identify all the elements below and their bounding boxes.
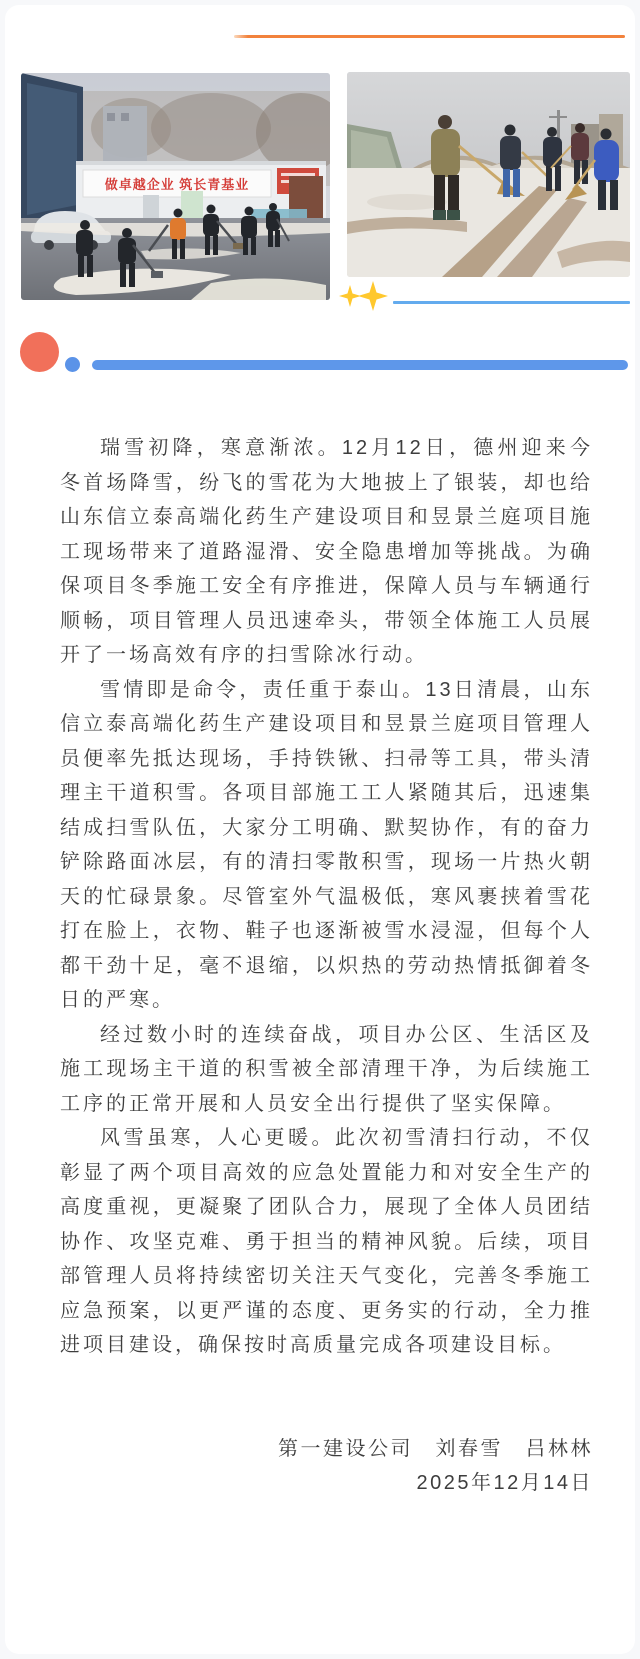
paragraph-4: 风雪虽寒，人心更暖。此次初雪清扫行动，不仅彰显了两个项目高效的应急处置能力和对安… [60, 1121, 593, 1363]
author-signature: 第一建设公司 刘春雪 吕林林 [60, 1432, 593, 1467]
left-photo-scene: 做卓越企业 筑长青基业 [21, 73, 330, 300]
photo-right-snow-sweeping[interactable] [347, 72, 630, 277]
paragraph-2: 雪情即是命令，责任重于泰山。13日清晨，山东信立泰高端化药生产建设项目和昱景兰庭… [60, 673, 593, 1018]
coral-circle-decor [20, 332, 59, 372]
thick-blue-divider-line [92, 360, 628, 370]
paragraph-3: 经过数小时的连续奋战，项目办公区、生活区及施工现场主干道的积雪被全部清理干净，为… [60, 1018, 593, 1122]
article-card: 做卓越企业 筑长青基业 [5, 5, 635, 1654]
left-photo-banner-text: 做卓越企业 筑长青基业 [105, 177, 250, 192]
orange-divider-line [234, 35, 625, 38]
sparkle-icon [338, 281, 390, 313]
paragraph-1: 瑞雪初降，寒意渐浓。12月12日，德州迎来今冬首场降雪，纷飞的雪花为大地披上了银… [60, 431, 593, 673]
blue-dot-decor [65, 357, 80, 372]
article-body: 瑞雪初降，寒意渐浓。12月12日，德州迎来今冬首场降雪，纷飞的雪花为大地披上了银… [60, 431, 593, 1501]
photo-left-snow-shoveling[interactable]: 做卓越企业 筑长青基业 [21, 73, 330, 300]
right-photo-scene [347, 72, 630, 277]
thin-blue-divider-line [393, 301, 630, 304]
article-date: 2025年12月14日 [60, 1466, 593, 1501]
